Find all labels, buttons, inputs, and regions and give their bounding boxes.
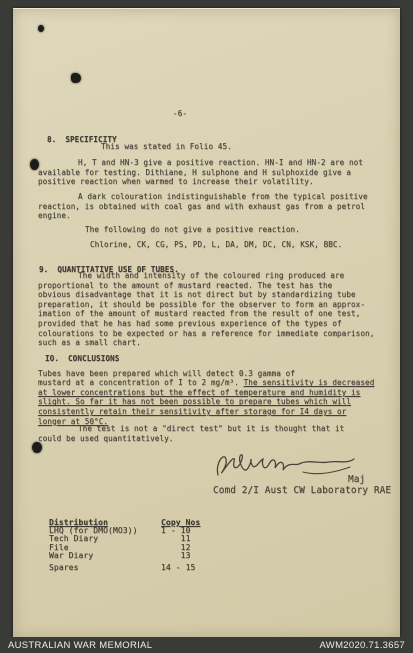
signature-title: Comd 2/I Aust CW Laboratory RAE xyxy=(213,486,391,496)
distribution-row-recipient: War Diary xyxy=(49,552,161,560)
distribution-row-copies: 13 xyxy=(161,552,231,560)
paragraph-tubes: Tubes have been prepared which will dete… xyxy=(38,359,394,426)
paragraph-direct-test: The test is not a "direct test" but it i… xyxy=(38,424,394,443)
paper-tear-upper xyxy=(71,73,81,83)
document-paper: -6- 8.SPECIFICITY This was stated in Fol… xyxy=(13,8,400,638)
paragraph-agents: H, T and HN-3 give a positive reaction. … xyxy=(38,158,394,187)
paragraph-quantitative: The width and intensity of the coloured … xyxy=(38,271,394,348)
paragraph-chemicals-list: Chlorine, CK, CG, PS, PD, L, DA, DM, DC,… xyxy=(90,240,342,250)
archive-accession-number: AWM2020.71.3657 xyxy=(320,640,405,651)
punch-hole-lower xyxy=(32,442,42,453)
page-number: -6- xyxy=(135,109,225,119)
distribution-table: Distribution Copy Nos LHQ (for DMO(MO3))… xyxy=(49,509,231,582)
distribution-row-copies: 14 - 15 xyxy=(161,564,231,572)
signature-scrawl xyxy=(208,447,358,485)
distribution-row-recipient: Spares xyxy=(49,564,161,572)
paragraph-dark-colouration: A dark colouration indistinguishable fro… xyxy=(38,192,394,221)
section-number: 8. xyxy=(47,135,56,145)
signature-rank: Maj xyxy=(348,475,365,485)
scanned-page: { "colors": { "background": "#3a3a36", "… xyxy=(0,0,413,653)
archive-institution-label: AUSTRALIAN WAR MEMORIAL xyxy=(8,640,152,651)
paper-tear-top xyxy=(38,25,44,32)
paragraph-following: The following do not give a positive rea… xyxy=(85,225,300,235)
paragraph-folio: This was stated in Folio 45. xyxy=(101,142,232,152)
archive-caption-bar: AUSTRALIAN WAR MEMORIAL AWM2020.71.3657 xyxy=(0,637,413,653)
